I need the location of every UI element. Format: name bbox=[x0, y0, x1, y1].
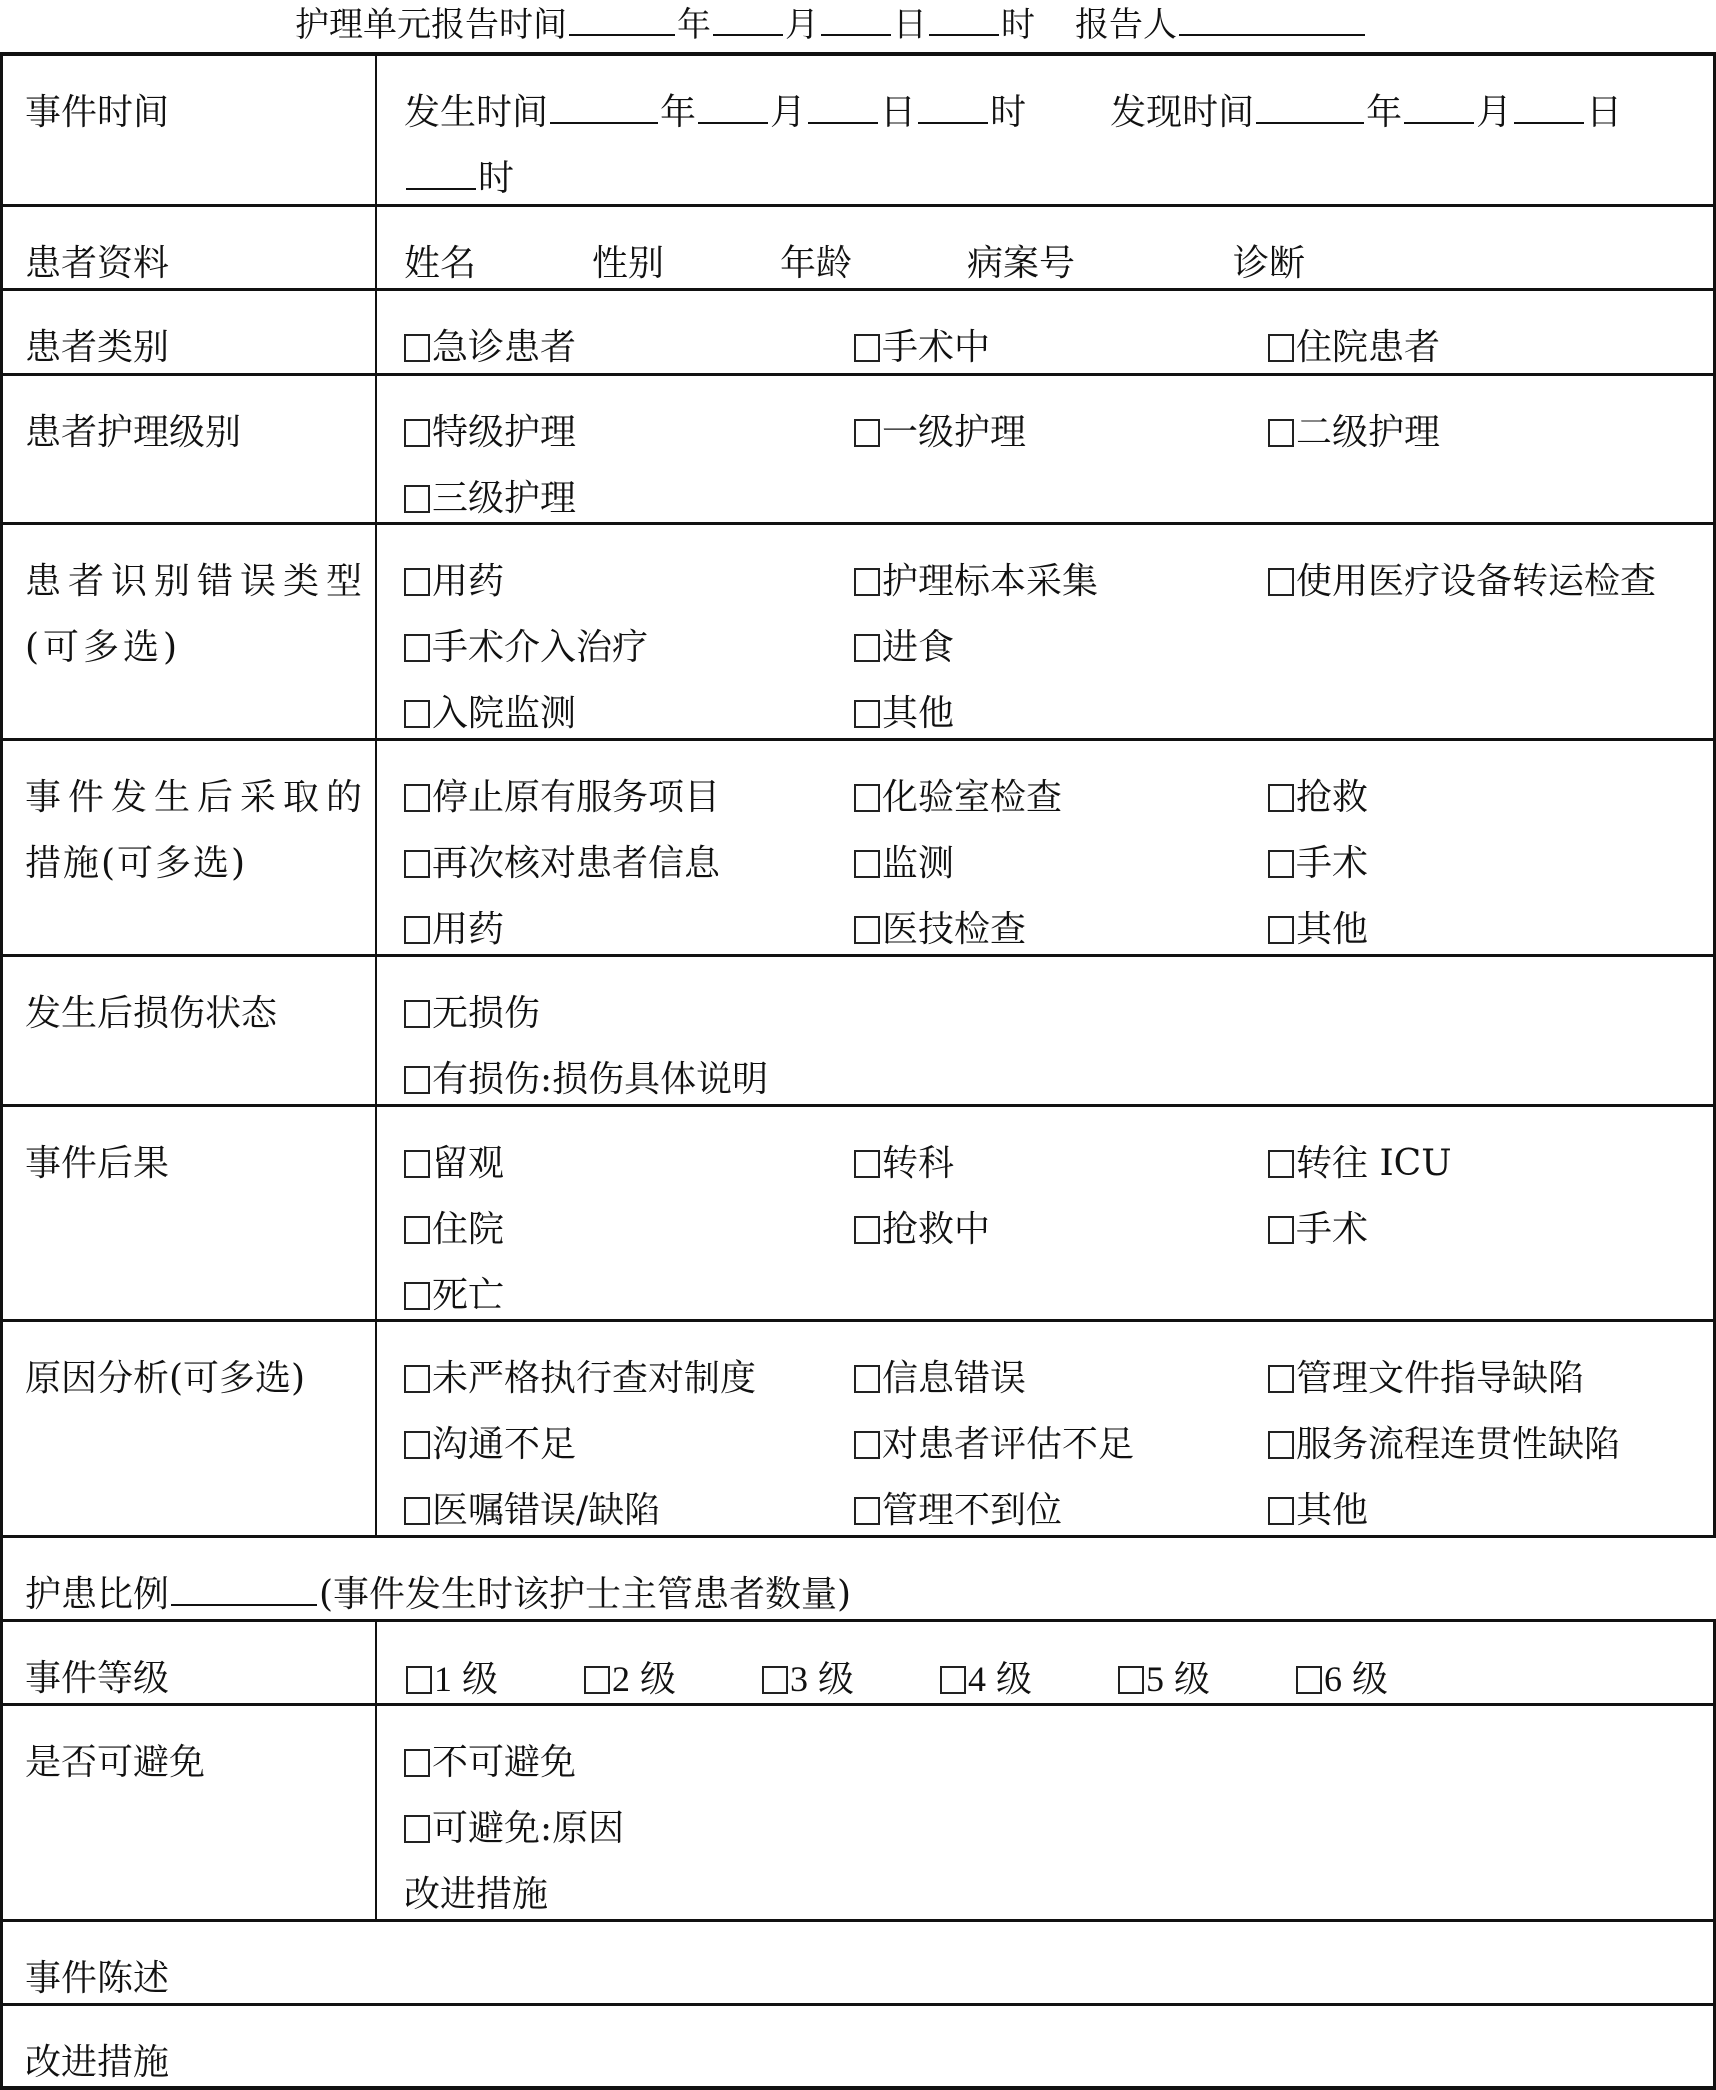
occur-day-field[interactable] bbox=[808, 88, 878, 124]
patient-category-label: 患者类别 bbox=[3, 291, 377, 373]
report-time-label: 护理单元报告时间 bbox=[295, 5, 567, 45]
checkbox-icon[interactable] bbox=[854, 334, 880, 362]
checkbox-icon[interactable] bbox=[1268, 1431, 1294, 1459]
event-level-label: 事件等级 bbox=[3, 1622, 377, 1703]
discover-day-field[interactable] bbox=[1514, 88, 1584, 124]
row-care-level: 患者护理级别 特级护理 一级护理 二级护理 三级护理 bbox=[0, 373, 1716, 522]
checkbox-icon[interactable] bbox=[854, 700, 880, 728]
option-service-continuity-defect[interactable]: 服务流程连贯性缺陷 bbox=[1268, 1412, 1620, 1478]
checkbox-icon[interactable] bbox=[404, 1150, 430, 1178]
event-time-content: 发生时间年月日时发现时间年月日 时 bbox=[379, 56, 1713, 204]
row-injury-status: 发生后损伤状态 无损伤 有损伤:损伤具体说明 bbox=[0, 954, 1716, 1104]
option-in-surgery[interactable]: 手术中 bbox=[854, 315, 990, 381]
cause-analysis-content: 未严格执行查对制度 信息错误 管理文件指导缺陷 沟通不足 对患者评估不足 服务流… bbox=[379, 1322, 1713, 1535]
option-level2-care[interactable]: 二级护理 bbox=[1268, 400, 1440, 466]
reporter-label: 报告人 bbox=[1075, 5, 1177, 45]
checkbox-icon[interactable] bbox=[1268, 784, 1294, 812]
report-hour-field[interactable] bbox=[929, 0, 999, 36]
checkbox-icon[interactable] bbox=[1268, 334, 1294, 362]
event-description-label: 事件陈述 bbox=[3, 1922, 1713, 2003]
label-line: 患者识别错误类型 bbox=[25, 549, 375, 615]
report-month-field[interactable] bbox=[713, 0, 783, 36]
nurse-patient-ratio-line: 护患比例(事件发生时该护士主管患者数量) bbox=[3, 1538, 1716, 1619]
checkbox-icon[interactable] bbox=[404, 1282, 430, 1310]
month-label: 月 bbox=[785, 5, 819, 45]
checkbox-icon[interactable] bbox=[1296, 1666, 1322, 1694]
option-stop-service[interactable]: 停止原有服务项目 bbox=[404, 765, 720, 831]
checkbox-icon[interactable] bbox=[404, 1216, 430, 1244]
checkbox-icon[interactable] bbox=[854, 568, 880, 596]
option-lab-test[interactable]: 化验室检查 bbox=[854, 765, 1062, 831]
discover-month-label: 月 bbox=[1476, 92, 1512, 133]
option-check-system-not-followed[interactable]: 未严格执行查对制度 bbox=[404, 1346, 756, 1412]
checkbox-icon[interactable] bbox=[762, 1666, 788, 1694]
option-under-rescue[interactable]: 抢救中 bbox=[854, 1197, 990, 1263]
checkbox-icon[interactable] bbox=[404, 485, 430, 513]
event-time-label: 事件时间 bbox=[3, 56, 377, 204]
option-recheck-patient-info[interactable]: 再次核对患者信息 bbox=[404, 831, 720, 897]
occur-month-field[interactable] bbox=[698, 88, 768, 124]
checkbox-icon[interactable] bbox=[854, 1365, 880, 1393]
checkbox-icon[interactable] bbox=[406, 1666, 432, 1694]
checkbox-icon[interactable] bbox=[1268, 419, 1294, 447]
checkbox-icon[interactable] bbox=[404, 1000, 430, 1028]
checkbox-icon[interactable] bbox=[854, 419, 880, 447]
option-insufficient-communication[interactable]: 沟通不足 bbox=[404, 1412, 576, 1478]
option-insufficient-assessment[interactable]: 对患者评估不足 bbox=[854, 1412, 1134, 1478]
occur-hour-field[interactable] bbox=[918, 88, 988, 124]
checkbox-icon[interactable] bbox=[1268, 568, 1294, 596]
reporter-field[interactable] bbox=[1179, 0, 1365, 36]
report-day-field[interactable] bbox=[821, 0, 891, 36]
event-outcome-label: 事件后果 bbox=[3, 1107, 377, 1319]
checkbox-icon[interactable] bbox=[854, 634, 880, 662]
option-medication[interactable]: 用药 bbox=[404, 549, 504, 615]
discover-year-field[interactable] bbox=[1256, 88, 1364, 124]
checkbox-icon[interactable] bbox=[854, 1497, 880, 1525]
checkbox-icon[interactable] bbox=[404, 334, 430, 362]
checkbox-icon[interactable] bbox=[1268, 916, 1294, 944]
option-inpatient[interactable]: 住院患者 bbox=[1268, 315, 1440, 381]
improvement-measures-label: 改进措施 bbox=[3, 2006, 1713, 2086]
row-measures-taken: 事件发生后采取的 措施(可多选) 停止原有服务项目 化验室检查 抢救 再次核对患… bbox=[0, 738, 1716, 954]
id-error-type-label: 患者识别错误类型 (可多选) bbox=[3, 525, 377, 738]
event-level-content: 1级 2级 3级 4级 5级 6级 bbox=[379, 1622, 1713, 1703]
measures-taken-label: 事件发生后采取的 措施(可多选) bbox=[3, 741, 377, 954]
checkbox-icon[interactable] bbox=[1268, 1497, 1294, 1525]
nurse-ratio-note: (事件发生时该护士主管患者数量) bbox=[319, 1574, 851, 1615]
discover-hour-label: 时 bbox=[478, 158, 514, 199]
discover-time-label: 发现时间 bbox=[1110, 92, 1254, 133]
checkbox-icon[interactable] bbox=[584, 1666, 610, 1694]
row-event-description[interactable]: 事件陈述 bbox=[0, 1919, 1716, 2003]
checkbox-icon[interactable] bbox=[854, 1216, 880, 1244]
checkbox-icon[interactable] bbox=[404, 568, 430, 596]
avoidable-content: 不可避免 可避免:原因 改进措施 bbox=[379, 1706, 1713, 1919]
report-header: 护理单元报告时间年月日时报告人 bbox=[295, 0, 1367, 48]
checkbox-icon[interactable] bbox=[404, 1749, 430, 1777]
option-special-care[interactable]: 特级护理 bbox=[404, 400, 576, 466]
occur-day-label: 日 bbox=[880, 92, 916, 133]
care-level-label: 患者护理级别 bbox=[3, 376, 377, 522]
patient-category-content: 急诊患者 手术中 住院患者 bbox=[379, 291, 1713, 373]
checkbox-icon[interactable] bbox=[940, 1666, 966, 1694]
day-label: 日 bbox=[893, 5, 927, 45]
discover-hour-field[interactable] bbox=[406, 154, 476, 190]
checkbox-icon[interactable] bbox=[1268, 1216, 1294, 1244]
year-label: 年 bbox=[677, 5, 711, 45]
injury-status-content: 无损伤 有损伤:损伤具体说明 bbox=[379, 957, 1713, 1104]
occur-year-label: 年 bbox=[660, 92, 696, 133]
checkbox-icon[interactable] bbox=[1268, 850, 1294, 878]
checkbox-icon[interactable] bbox=[404, 1066, 430, 1094]
checkbox-icon[interactable] bbox=[404, 1815, 430, 1843]
event-outcome-content: 留观 转科 转往 ICU 住院 抢救中 手术 死亡 bbox=[379, 1107, 1713, 1319]
option-monitoring[interactable]: 监测 bbox=[854, 831, 954, 897]
row-improvement-measures[interactable]: 改进措施 bbox=[0, 2003, 1716, 2090]
checkbox-icon[interactable] bbox=[854, 784, 880, 812]
incident-report-table: 事件时间 发生时间年月日时发现时间年月日 时 患者资料 姓名 性别 年龄 病案号… bbox=[0, 52, 1716, 2090]
option-transfer-department[interactable]: 转科 bbox=[854, 1131, 954, 1197]
option-emergency-patient[interactable]: 急诊患者 bbox=[404, 315, 576, 381]
checkbox-icon[interactable] bbox=[404, 916, 430, 944]
option-hospitalized[interactable]: 住院 bbox=[404, 1197, 504, 1263]
option-surgery-intervention[interactable]: 手术介入治疗 bbox=[404, 615, 648, 681]
label-line: 措施(可多选) bbox=[25, 831, 375, 897]
option-management-doc-defect[interactable]: 管理文件指导缺陷 bbox=[1268, 1346, 1584, 1412]
row-event-time: 事件时间 发生时间年月日时发现时间年月日 时 bbox=[0, 52, 1716, 204]
option-specimen-collection[interactable]: 护理标本采集 bbox=[854, 549, 1098, 615]
option-rescue[interactable]: 抢救 bbox=[1268, 765, 1368, 831]
option-transfer-icu[interactable]: 转往 ICU bbox=[1268, 1131, 1452, 1197]
discover-month-field[interactable] bbox=[1404, 88, 1474, 124]
discover-day-label: 日 bbox=[1586, 92, 1622, 133]
option-surgery[interactable]: 手术 bbox=[1268, 831, 1368, 897]
checkbox-icon[interactable] bbox=[404, 784, 430, 812]
checkbox-icon[interactable] bbox=[854, 850, 880, 878]
option-feeding[interactable]: 进食 bbox=[854, 615, 954, 681]
checkbox-icon[interactable] bbox=[1268, 1365, 1294, 1393]
avoidable-label: 是否可避免 bbox=[3, 1706, 377, 1919]
hour-label: 时 bbox=[1001, 5, 1035, 45]
row-avoidable: 是否可避免 不可避免 可避免:原因 改进措施 bbox=[0, 1703, 1716, 1919]
row-event-outcome: 事件后果 留观 转科 转往 ICU 住院 抢救中 手术 死亡 bbox=[0, 1104, 1716, 1319]
patient-info-content: 姓名 性别 年龄 病案号 诊断 bbox=[379, 207, 1713, 288]
nurse-ratio-field[interactable] bbox=[171, 1570, 317, 1606]
checkbox-icon[interactable] bbox=[404, 634, 430, 662]
measures-taken-content: 停止原有服务项目 化验室检查 抢救 再次核对患者信息 监测 手术 用药 医技检查… bbox=[379, 741, 1713, 954]
checkbox-icon[interactable] bbox=[1118, 1666, 1144, 1694]
option-unavoidable[interactable]: 不可避免 bbox=[404, 1730, 576, 1796]
nurse-ratio-label: 护患比例 bbox=[25, 1574, 169, 1615]
checkbox-icon[interactable] bbox=[404, 419, 430, 447]
occur-hour-label: 时 bbox=[990, 92, 1026, 133]
row-nurse-patient-ratio: 护患比例(事件发生时该护士主管患者数量) bbox=[0, 1535, 1716, 1619]
checkbox-icon[interactable] bbox=[854, 916, 880, 944]
option-observation[interactable]: 留观 bbox=[404, 1131, 504, 1197]
option-level1-care[interactable]: 一级护理 bbox=[854, 400, 1026, 466]
row-patient-category: 患者类别 急诊患者 手术中 住院患者 bbox=[0, 288, 1716, 373]
occur-time-label: 发生时间 bbox=[404, 92, 548, 133]
checkbox-icon[interactable] bbox=[404, 850, 430, 878]
row-patient-info: 患者资料 姓名 性别 年龄 病案号 诊断 bbox=[0, 204, 1716, 288]
occur-year-field[interactable] bbox=[550, 88, 658, 124]
care-level-content: 特级护理 一级护理 二级护理 三级护理 bbox=[379, 376, 1713, 522]
id-error-type-content: 用药 护理标本采集 使用医疗设备转运检查 手术介入治疗 进食 入院监测 其他 bbox=[379, 525, 1713, 738]
report-year-field[interactable] bbox=[569, 0, 675, 36]
checkbox-icon[interactable] bbox=[854, 1431, 880, 1459]
option-surgery[interactable]: 手术 bbox=[1268, 1197, 1368, 1263]
option-avoidable-reason[interactable]: 可避免:原因 bbox=[404, 1796, 624, 1862]
option-equipment-transport-exam[interactable]: 使用医疗设备转运检查 bbox=[1268, 549, 1656, 615]
checkbox-icon[interactable] bbox=[404, 700, 430, 728]
occur-month-label: 月 bbox=[770, 92, 806, 133]
row-cause-analysis: 原因分析(可多选) 未严格执行查对制度 信息错误 管理文件指导缺陷 沟通不足 对… bbox=[0, 1319, 1716, 1535]
option-no-injury[interactable]: 无损伤 bbox=[404, 981, 540, 1047]
checkbox-icon[interactable] bbox=[404, 1365, 430, 1393]
row-event-level: 事件等级 1级 2级 3级 4级 5级 6级 bbox=[0, 1619, 1716, 1703]
injury-status-label: 发生后损伤状态 bbox=[3, 957, 377, 1104]
label-line: (可多选) bbox=[25, 615, 375, 681]
patient-info-label: 患者资料 bbox=[3, 207, 377, 288]
label-line: 事件发生后采取的 bbox=[25, 765, 375, 831]
checkbox-icon[interactable] bbox=[1268, 1150, 1294, 1178]
checkbox-icon[interactable] bbox=[404, 1497, 430, 1525]
checkbox-icon[interactable] bbox=[404, 1431, 430, 1459]
cause-analysis-label: 原因分析(可多选) bbox=[3, 1322, 377, 1535]
row-id-error-type: 患者识别错误类型 (可多选) 用药 护理标本采集 使用医疗设备转运检查 手术介入… bbox=[0, 522, 1716, 738]
checkbox-icon[interactable] bbox=[854, 1150, 880, 1178]
option-information-error[interactable]: 信息错误 bbox=[854, 1346, 1026, 1412]
discover-year-label: 年 bbox=[1366, 92, 1402, 133]
